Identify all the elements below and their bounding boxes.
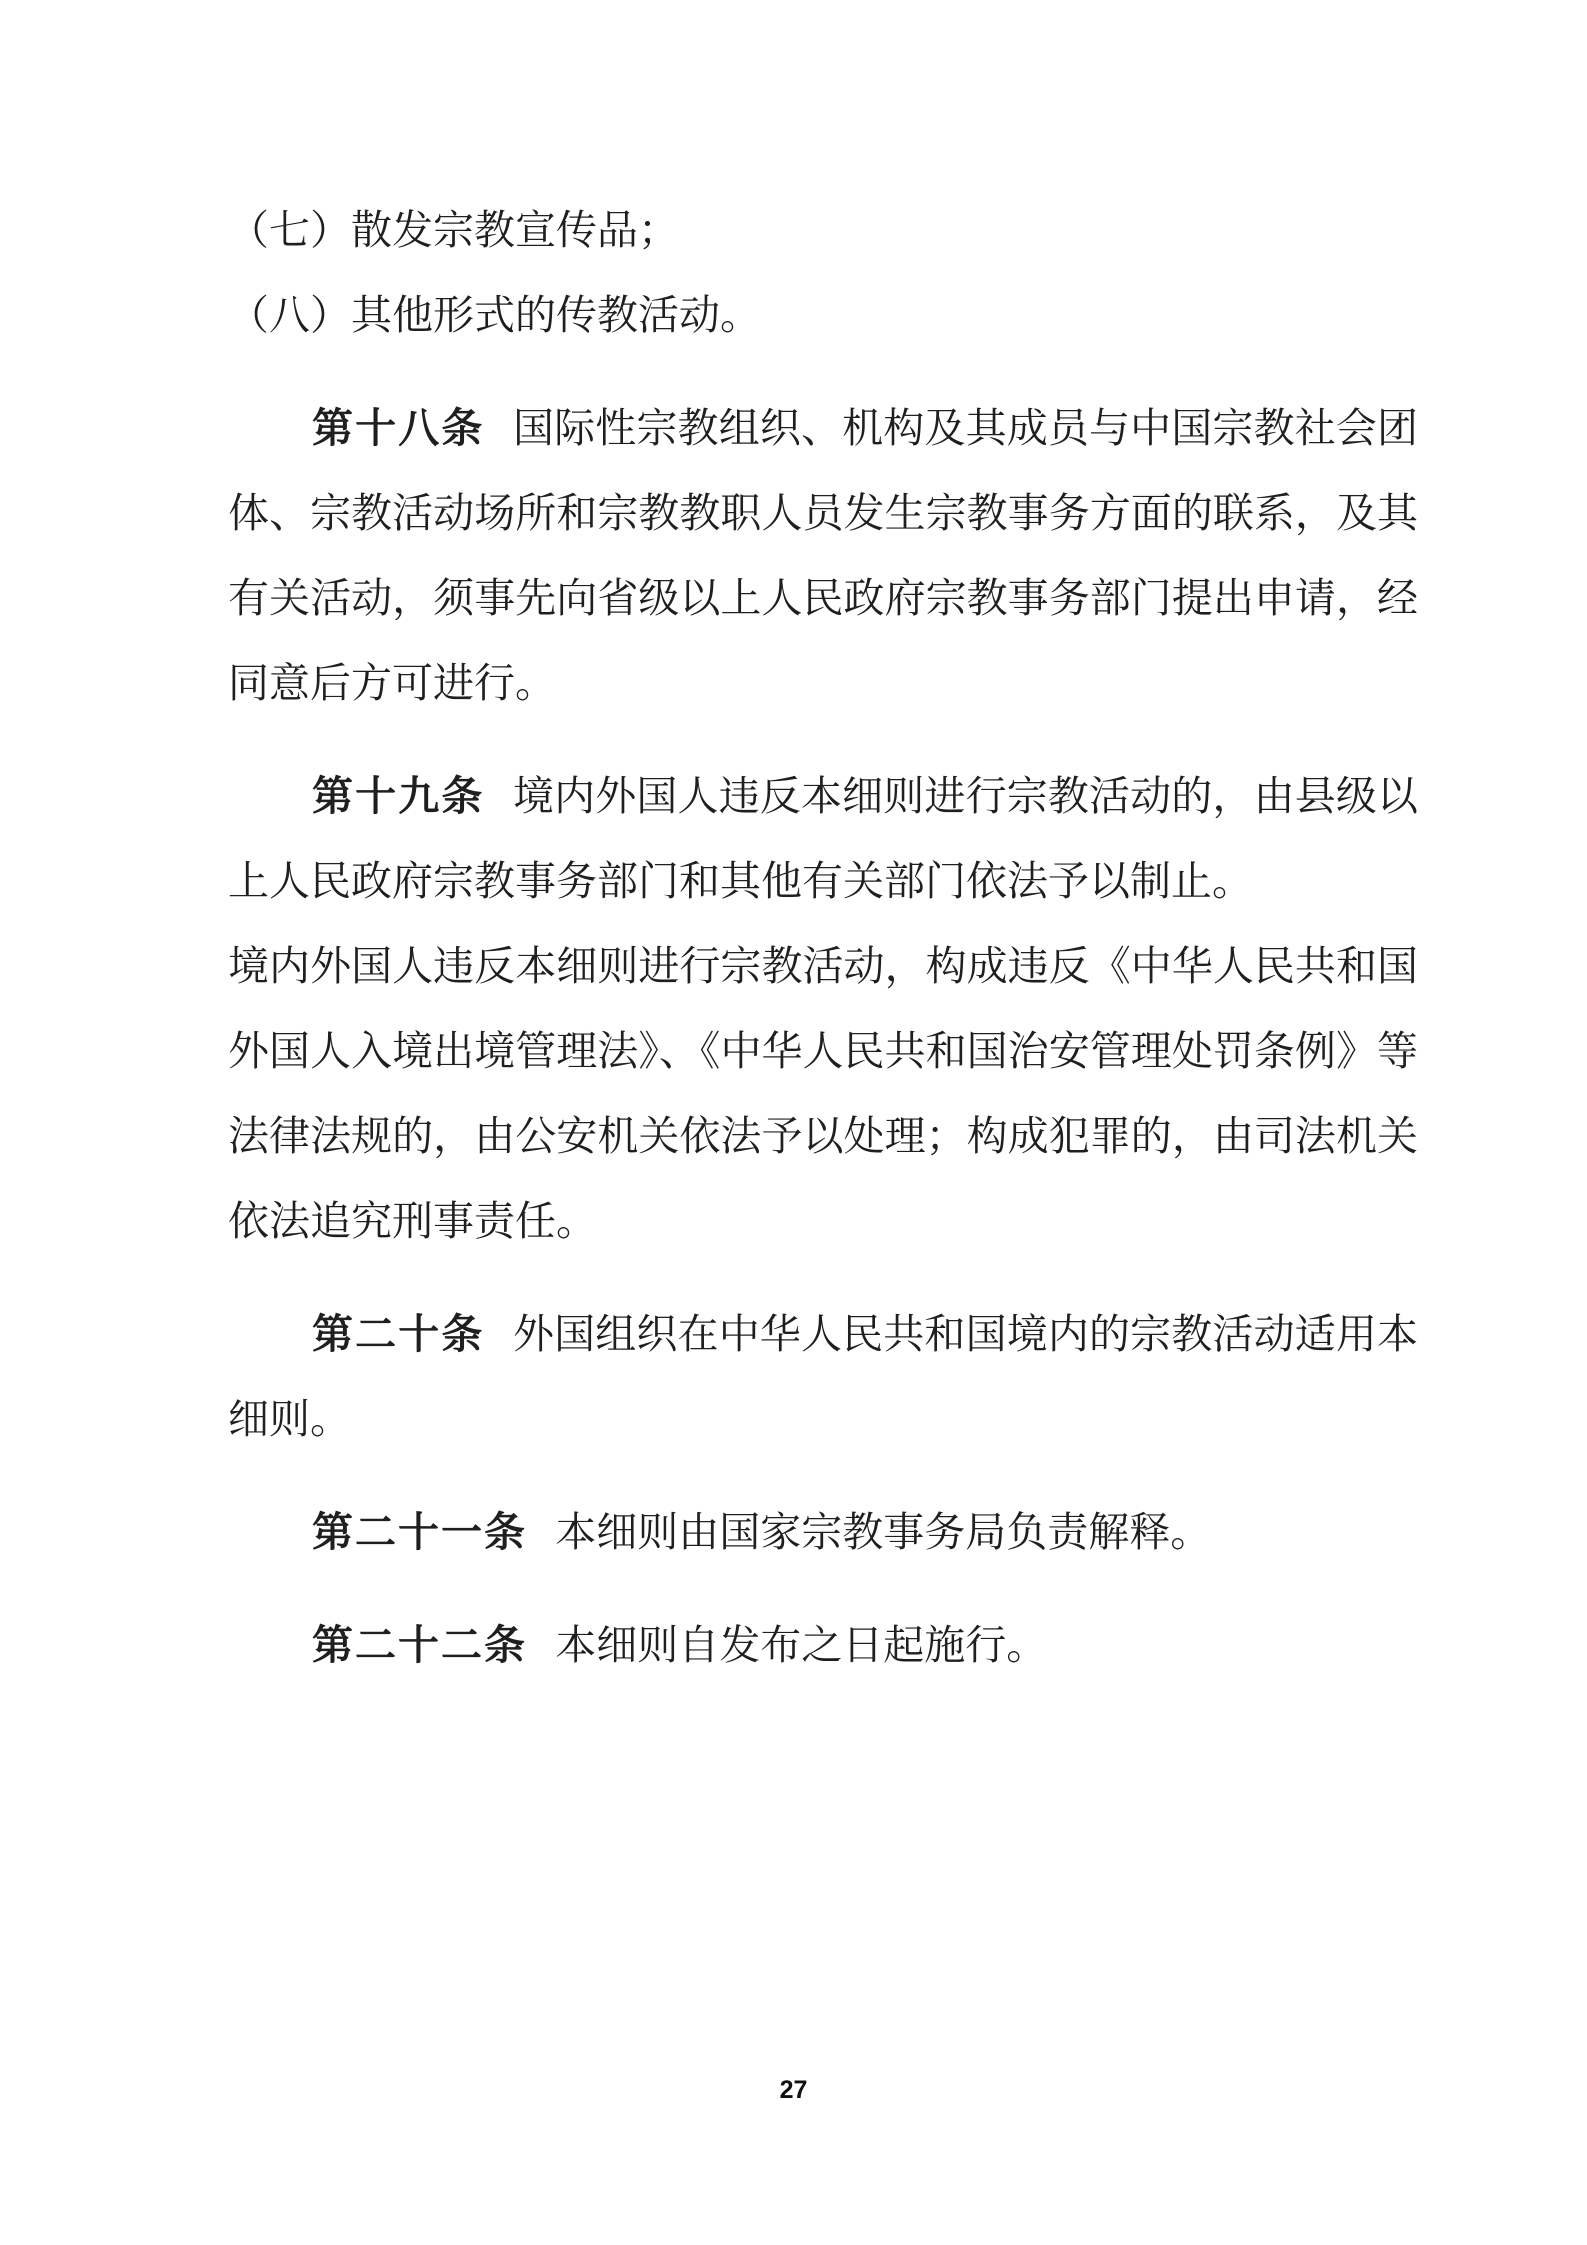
paragraph-text: 本细则自发布之日起施行。: [555, 1622, 1047, 1668]
article-number-label: 第二十二条: [312, 1622, 527, 1668]
page-number: 27: [0, 2076, 1587, 2105]
article-number-label: 第十八条: [312, 405, 485, 451]
article-number-label: 第十九条: [312, 773, 485, 819]
paragraph-text: 境内外国人违反本细则进行宗教活动，构成违反《中华人民共和国外国人入境出境管理法》…: [228, 943, 1418, 1244]
article-paragraph: 第二十二条 本细则自发布之日起施行。: [228, 1603, 1418, 1688]
article-paragraph: 第十八条 国际性宗教组织、机构及其成员与中国宗教社会团体、宗教活动场所和宗教教职…: [228, 386, 1418, 726]
article-paragraph: 第十九条 境内外国人违反本细则进行宗教活动的，由县级以上人民政府宗教事务部门和其…: [228, 754, 1418, 924]
list-item-paragraph: （七）散发宗教宣传品；: [228, 188, 1418, 273]
document-page: （七）散发宗教宣传品； （八）其他形式的传教活动。 第十八条 国际性宗教组织、机…: [0, 0, 1587, 2245]
paragraph-text: 本细则由国家宗教事务局负责解释。: [555, 1509, 1211, 1555]
article-paragraph: 第二十条 外国组织在中华人民共和国境内的宗教活动适用本细则。: [228, 1292, 1418, 1462]
article-number-label: 第二十条: [312, 1311, 485, 1357]
article-paragraph: 第二十一条 本细则由国家宗教事务局负责解释。: [228, 1490, 1418, 1575]
plain-paragraph: 境内外国人违反本细则进行宗教活动，构成违反《中华人民共和国外国人入境出境管理法》…: [228, 924, 1418, 1264]
paragraph-text: （七）散发宗教宣传品；: [228, 207, 679, 253]
list-item-paragraph: （八）其他形式的传教活动。: [228, 273, 1418, 358]
document-body: （七）散发宗教宣传品； （八）其他形式的传教活动。 第十八条 国际性宗教组织、机…: [228, 188, 1418, 1688]
paragraph-text: （八）其他形式的传教活动。: [228, 292, 761, 338]
article-number-label: 第二十一条: [312, 1509, 527, 1555]
